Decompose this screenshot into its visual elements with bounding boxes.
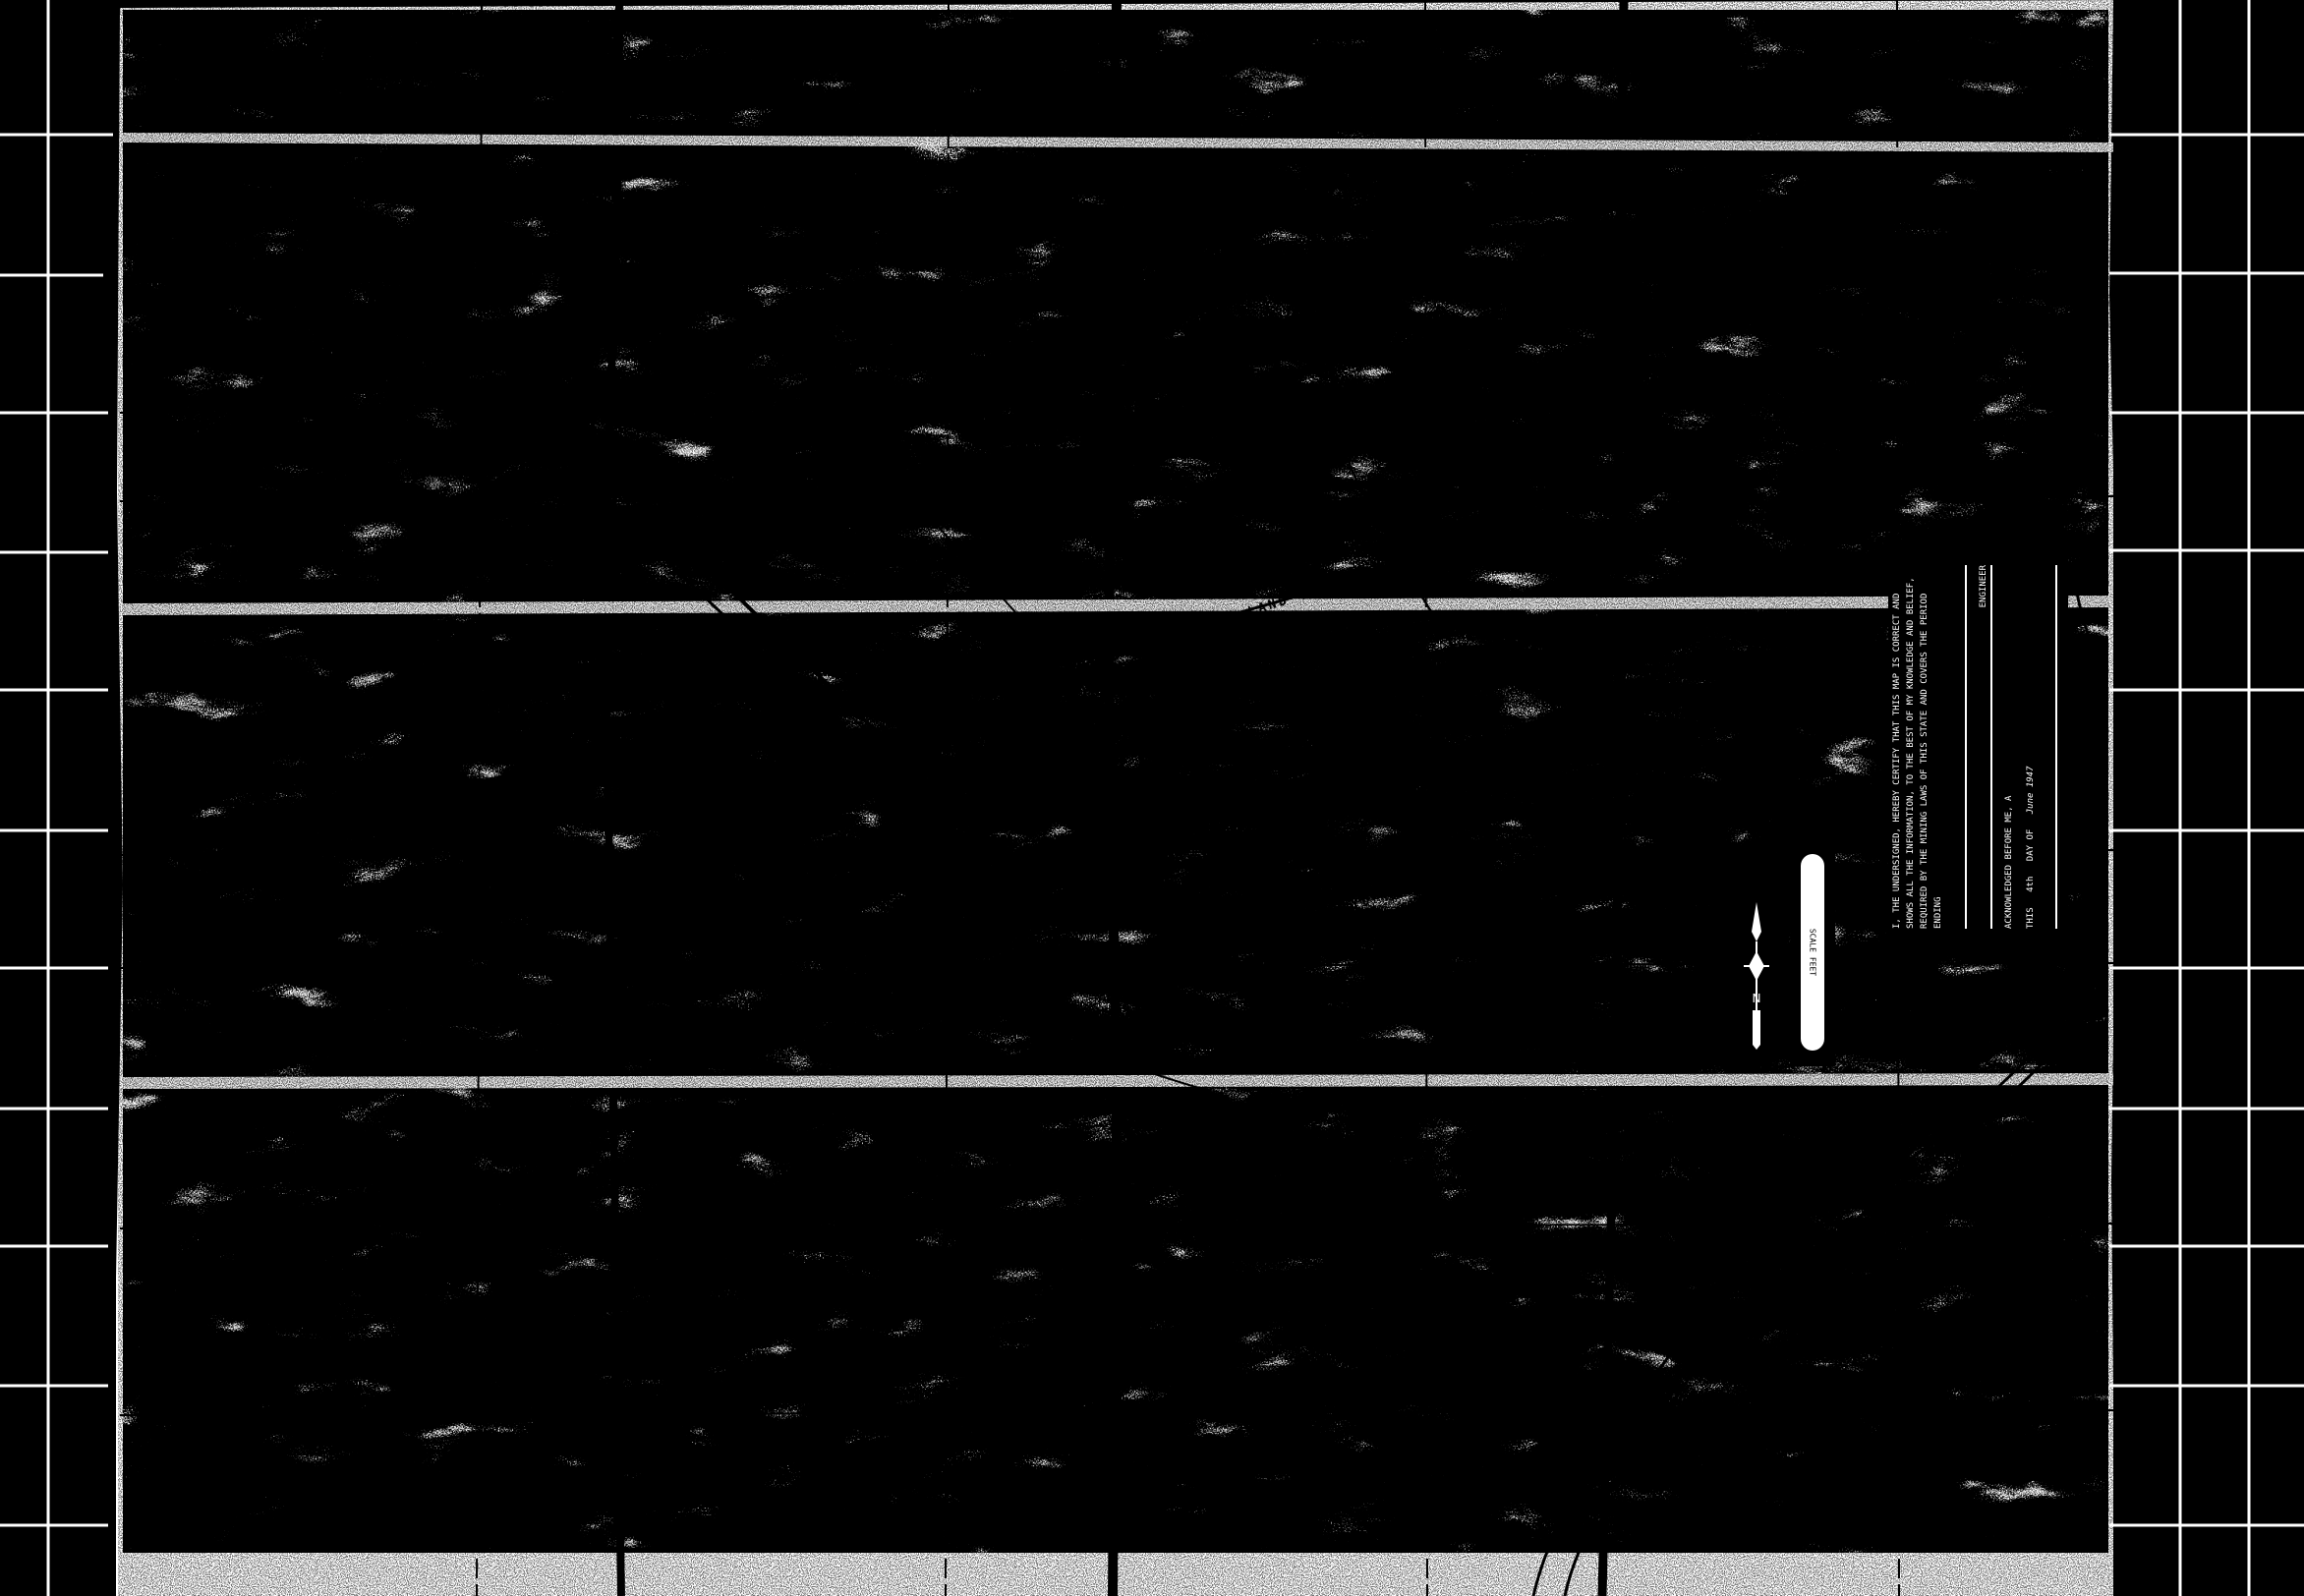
signature-line — [1951, 565, 1967, 929]
north-arrow-icon: N — [1736, 883, 1777, 1061]
acknowledged-label: ACKNOWLEDGED BEFORE ME, A — [2004, 796, 2014, 929]
svg-text:N: N — [1753, 992, 1761, 1005]
notary-line — [2042, 565, 2057, 929]
day-value: 4th — [2026, 877, 2036, 892]
day-of-label: DAY OF — [2026, 829, 2036, 862]
engineer-line: ENGINEER — [1977, 565, 1992, 929]
date-value: June 1947 — [2026, 766, 2036, 814]
date-row: THIS 4th DAY OF June 1947 — [2024, 565, 2038, 929]
acknowledged-row: ACKNOWLEDGED BEFORE ME, A — [2002, 565, 2016, 929]
certificate-statement: I, THE UNDERSIGNED, HEREBY CERTIFY THAT … — [1890, 565, 1945, 929]
scale-bar: SCALE FEET — [1791, 842, 1835, 1066]
this-label: THIS — [2026, 907, 2036, 929]
scale-bar-inner: SCALE FEET — [1801, 854, 1824, 1051]
north-arrow-box: N — [1736, 883, 1777, 1061]
scale-bar-text: SCALE FEET — [1809, 929, 1817, 976]
certificate-block: I, THE UNDERSIGNED, HEREBY CERTIFY THAT … — [1888, 550, 2068, 943]
engineer-label: ENGINEER — [1979, 565, 1988, 607]
